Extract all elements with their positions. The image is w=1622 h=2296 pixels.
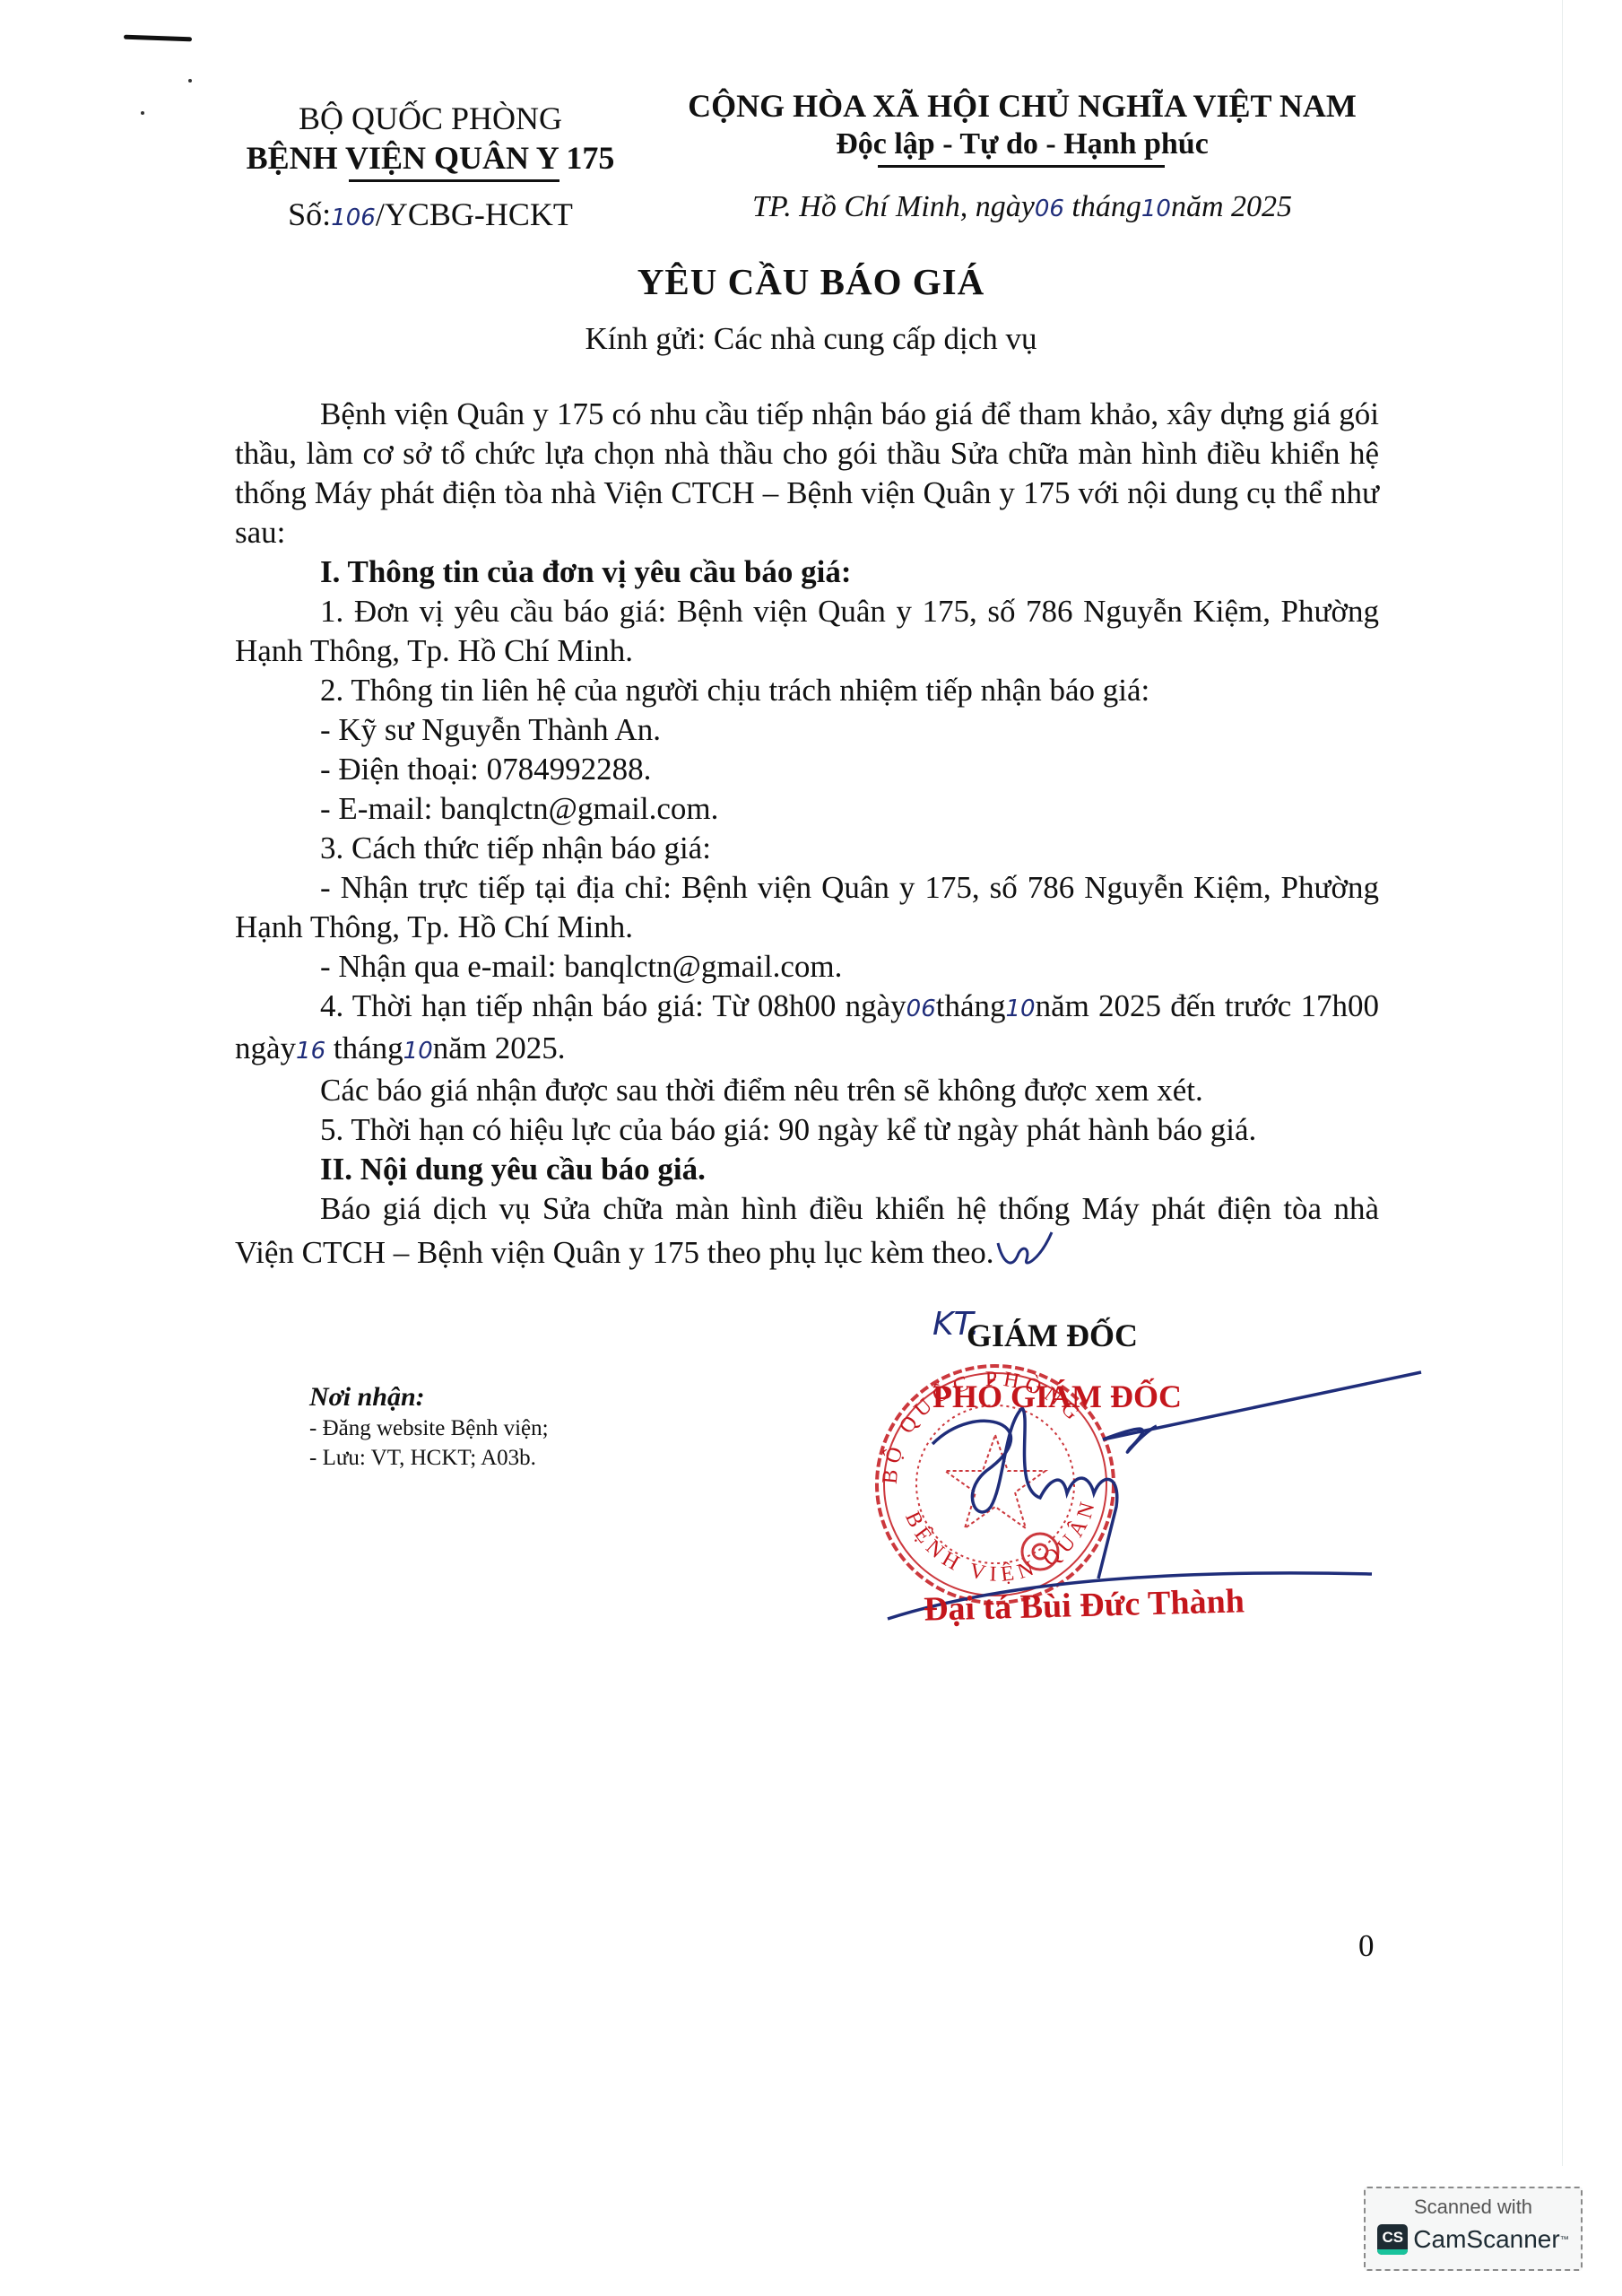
contact-name: - Kỹ sư Nguyễn Thành An. [235, 710, 1379, 750]
signer-name: Đại tá Bùi Đức Thành [923, 1581, 1245, 1629]
camscanner-badge: Scanned with CS CamScanner™ [1364, 2187, 1583, 2271]
late-note: Các báo giá nhận được sau thời điểm nêu … [235, 1071, 1379, 1110]
item-3: 3. Cách thức tiếp nhận báo giá: [235, 829, 1379, 868]
section-2-content: Báo giá dịch vụ Sửa chữa màn hình điều k… [235, 1191, 1379, 1270]
recipient-item: - Lưu: VT, HCKT; A03b. [309, 1443, 549, 1473]
page-number: 0 [1358, 1928, 1375, 1964]
item-5: 5. Thời hạn có hiệu lực của báo giá: 90 … [235, 1110, 1379, 1150]
header-underline [349, 179, 559, 182]
recipients-block: Nơi nhận: - Đăng website Bệnh viện; - Lư… [309, 1381, 549, 1473]
contact-email: - E-mail: banqlctn@gmail.com. [235, 789, 1379, 829]
national-header: CỘNG HÒA XÃ HỘI CHỦ NGHĨA VIỆT NAM Độc l… [668, 86, 1376, 229]
trademark-mark: ™ [1560, 2235, 1569, 2245]
issuer-header: BỘ QUỐC PHÒNG BỆNH VIỆN QUÂN Y 175 Số:10… [233, 99, 628, 238]
receive-direct: - Nhận trực tiếp tại địa chỉ: Bệnh viện … [235, 868, 1379, 947]
item-1: 1. Đơn vị yêu cầu báo giá: Bệnh viện Quâ… [235, 592, 1379, 671]
initials-mark-icon [994, 1229, 1057, 1270]
scan-artifact-dot [188, 79, 192, 83]
signer-role: PHÓ GIÁM ĐỐC [932, 1378, 1182, 1415]
national-motto: Độc lập - Tự do - Hạnh phúc [668, 126, 1376, 163]
handwritten-month-to: 10 [403, 1038, 433, 1065]
intro-paragraph: Bệnh viện Quân y 175 có nhu cầu tiếp nhậ… [235, 395, 1379, 552]
item4-text: năm 2025. [433, 1031, 566, 1065]
number-suffix: /YCBG-HCKT [376, 196, 573, 232]
hospital-name: BỆNH VIỆN QUÂN Y 175 [233, 138, 628, 178]
signing-authority: GIÁM ĐỐC [967, 1317, 1138, 1354]
motto-underline [878, 165, 1165, 168]
handwritten-day-to: 16 [296, 1038, 325, 1065]
badge-caption: Scanned with [1366, 2196, 1581, 2219]
signature-block: BỘ QUỐC PHÒNG BỆNH VIỆN QUÂN Y KT. GIÁM … [834, 1291, 1462, 1668]
recipient-item: - Đăng website Bệnh viện; [309, 1413, 549, 1443]
section-2-text: Báo giá dịch vụ Sửa chữa màn hình điều k… [235, 1189, 1379, 1273]
document-date: TP. Hồ Chí Minh, ngày06 tháng10năm 2025 [668, 187, 1376, 229]
document-body: Bệnh viện Quân y 175 có nhu cầu tiếp nhậ… [235, 395, 1379, 1273]
item4-text: 4. Thời hạn tiếp nhận báo giá: Từ 08h00 … [320, 988, 906, 1023]
handwritten-day-from: 06 [906, 996, 936, 1022]
item-2: 2. Thông tin liên hệ của người chịu trác… [235, 671, 1379, 710]
handwritten-month: 10 [1141, 196, 1171, 222]
nation-name: CỘNG HÒA XÃ HỘI CHỦ NGHĨA VIỆT NAM [668, 86, 1376, 126]
greeting: Kính gửi: Các nhà cung cấp dịch vụ [0, 321, 1622, 357]
item-4: 4. Thời hạn tiếp nhận báo giá: Từ 08h00 … [235, 987, 1379, 1071]
camscanner-logo-icon: CS [1377, 2224, 1408, 2255]
badge-brand: CamScanner [1413, 2225, 1559, 2254]
item4-text: tháng [936, 988, 1006, 1023]
ministry-name: BỘ QUỐC PHÒNG [233, 99, 628, 138]
receive-email: - Nhận qua e-mail: banqlctn@gmail.com. [235, 947, 1379, 987]
date-prefix: TP. Hồ Chí Minh, ngày [752, 190, 1035, 223]
recipients-heading: Nơi nhận: [309, 1381, 549, 1413]
document-title: YÊU CẦU BÁO GIÁ [0, 260, 1622, 303]
section-2-title: II. Nội dung yêu cầu báo giá. [235, 1150, 1379, 1189]
scan-artifact-dot [141, 111, 144, 115]
contact-phone: - Điện thoại: 0784992288. [235, 750, 1379, 789]
handwritten-number: 106 [331, 204, 376, 231]
month-label: tháng [1071, 190, 1141, 223]
document-number: Số:106/YCBG-HCKT [233, 195, 628, 238]
number-prefix: Số: [288, 196, 331, 232]
year-label: năm 2025 [1171, 190, 1292, 223]
handwritten-day: 06 [1035, 196, 1064, 222]
section-1-title: I. Thông tin của đơn vị yêu cầu báo giá: [235, 552, 1379, 592]
item4-text: tháng [334, 1031, 403, 1065]
handwritten-month-from: 10 [1006, 996, 1036, 1022]
